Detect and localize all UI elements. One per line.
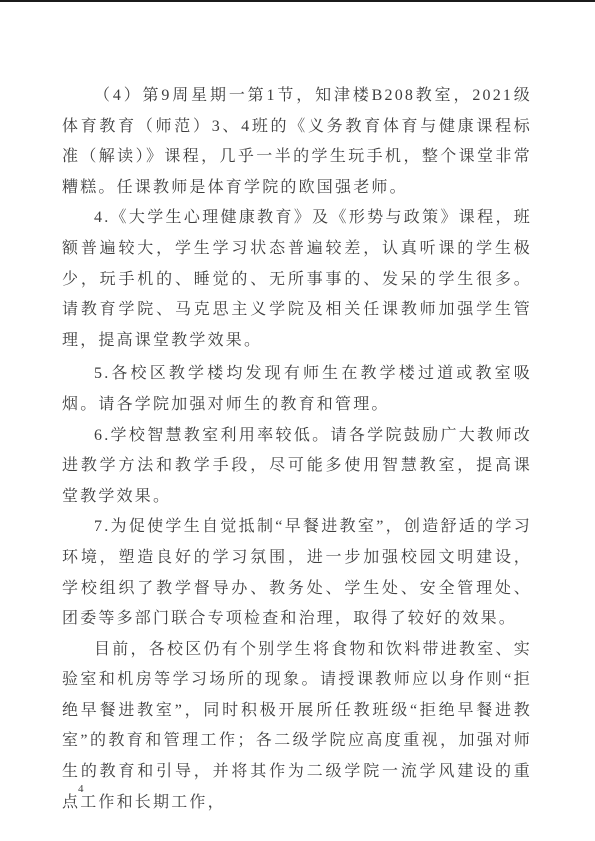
paragraph-item-4: （4）第9周星期一第1节，知津楼B208教室，2021级体育教育（师范）3、4班…	[62, 81, 532, 203]
document-body: （4）第9周星期一第1节，知津楼B208教室，2021级体育教育（师范）3、4班…	[62, 81, 532, 818]
paragraph-point-4: 4.《大学生心理健康教育》及《形势与政策》课程，班额普遍较大，学生学习状态普遍较…	[62, 203, 532, 356]
paragraph-current-status: 目前，各校区仍有个别学生将食物和饮料带进教室、实验室和机房等学习场所的现象。请授…	[62, 635, 532, 819]
paragraph-point-5: 5.各校区教学楼均发现有师生在教学楼过道或教室吸烟。请各学院加强对师生的教育和管…	[62, 359, 532, 420]
paragraph-point-6: 6.学校智慧教室利用率较低。请各学院鼓励广大教师改进教学方法和教学手段，尽可能多…	[62, 421, 532, 513]
page-top-edge	[0, 0, 595, 2]
document-page: （4）第9周星期一第1节，知津楼B208教室，2021级体育教育（师范）3、4班…	[0, 0, 595, 841]
paragraph-point-7: 7.为促使学生自觉抵制“早餐进教室”，创造舒适的学习环境，塑造良好的学习氛围，进…	[62, 512, 532, 634]
page-number: 4	[78, 782, 84, 796]
